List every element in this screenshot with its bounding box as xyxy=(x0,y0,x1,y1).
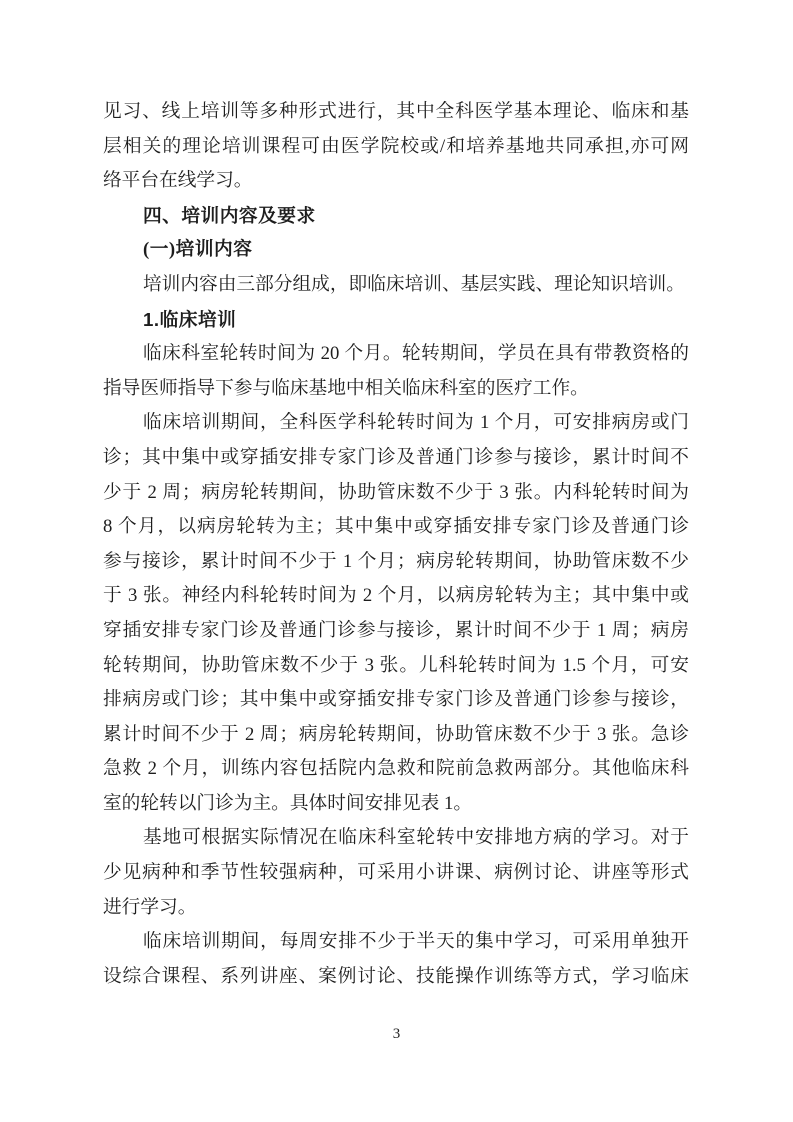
paragraph-rotation-duration: 临床科室轮转时间为 20 个月。轮转期间，学员在具有带教资格的指导医师指导下参与… xyxy=(103,337,689,406)
text-line: 见习、线上培训等多种形式进行，其中全科医学基本理论、临床和基 xyxy=(103,95,689,130)
paragraph-weekly-concentrated-learning: 临床培训期间，每周安排不少于半天的集中学习，可采用单独开设综合课程、系列讲座、案… xyxy=(103,925,689,994)
page-number: 3 xyxy=(0,1026,793,1043)
text-line: 络平台在线学习。 xyxy=(103,164,689,199)
text-line: 少于 2 周；病房轮转期间，协助管床数不少于 3 张。内科轮转时间为 xyxy=(103,476,689,511)
text-line: 于 3 张。神经内科轮转时间为 2 个月，以病房轮转为主；其中集中或 xyxy=(103,579,689,614)
text-line: 1.临床培训 xyxy=(103,303,689,338)
text-line: 少见病种和季节性较强病种，可采用小讲课、病例讨论、讲座等形式 xyxy=(103,856,689,891)
text-line: 8 个月，以病房轮转为主；其中集中或穿插安排专家门诊及普通门诊 xyxy=(103,510,689,545)
text-line: 诊；其中集中或穿插安排专家门诊及普通门诊参与接诊，累计时间不 xyxy=(103,441,689,476)
text-line: (一)培训内容 xyxy=(103,233,689,268)
text-line: 参与接诊，累计时间不少于 1 个月；病房轮转期间，协助管床数不少 xyxy=(103,545,689,580)
text-line: 四、培训内容及要求 xyxy=(103,199,689,234)
document-page: 见习、线上培训等多种形式进行，其中全科医学基本理论、临床和基层相关的理论培训课程… xyxy=(0,0,793,1122)
text-line: 基地可根据实际情况在临床科室轮转中安排地方病的学习。对于 xyxy=(103,821,689,856)
text-line: 累计时间不少于 2 周；病房轮转期间，协助管床数不少于 3 张。急诊 xyxy=(103,718,689,753)
paragraph-training-composition: 培训内容由三部分组成，即临床培训、基层实践、理论知识培训。 xyxy=(103,268,689,303)
text-line: 排病房或门诊；其中集中或穿插安排专家门诊及普通门诊参与接诊， xyxy=(103,683,689,718)
text-line: 急救 2 个月，训练内容包括院内急救和院前急救两部分。其他临床科 xyxy=(103,752,689,787)
section-heading-level1: 四、培训内容及要求 xyxy=(103,199,689,234)
text-line: 穿插安排专家门诊及普通门诊参与接诊，累计时间不少于 1 周；病房 xyxy=(103,614,689,649)
text-line: 指导医师指导下参与临床基地中相关临床科室的医疗工作。 xyxy=(103,372,689,407)
text-line: 临床培训期间，全科医学科轮转时间为 1 个月，可安排病房或门 xyxy=(103,406,689,441)
text-line: 室的轮转以门诊为主。具体时间安排见表 1。 xyxy=(103,787,689,822)
text-line: 设综合课程、系列讲座、案例讨论、技能操作训练等方式，学习临床 xyxy=(103,960,689,995)
paragraph-continued-from-previous-page: 见习、线上培训等多种形式进行，其中全科医学基本理论、临床和基层相关的理论培训课程… xyxy=(103,95,689,199)
text-line: 临床科室轮转时间为 20 个月。轮转期间，学员在具有带教资格的 xyxy=(103,337,689,372)
text-line: 轮转期间，协助管床数不少于 3 张。儿科轮转时间为 1.5 个月，可安 xyxy=(103,649,689,684)
document-body: 见习、线上培训等多种形式进行，其中全科医学基本理论、临床和基层相关的理论培训课程… xyxy=(103,95,689,994)
section-heading-level2: (一)培训内容 xyxy=(103,233,689,268)
text-line: 临床培训期间，每周安排不少于半天的集中学习，可采用单独开 xyxy=(103,925,689,960)
text-line: 进行学习。 xyxy=(103,891,689,926)
paragraph-rotation-details: 临床培训期间，全科医学科轮转时间为 1 个月，可安排病房或门诊；其中集中或穿插安… xyxy=(103,406,689,821)
text-line: 层相关的理论培训课程可由医学院校或/和培养基地共同承担,亦可网 xyxy=(103,130,689,165)
section-heading-level3: 1.临床培训 xyxy=(103,303,689,338)
text-line: 培训内容由三部分组成，即临床培训、基层实践、理论知识培训。 xyxy=(103,268,689,303)
paragraph-endemic-disease-learning: 基地可根据实际情况在临床科室轮转中安排地方病的学习。对于少见病种和季节性较强病种… xyxy=(103,821,689,925)
